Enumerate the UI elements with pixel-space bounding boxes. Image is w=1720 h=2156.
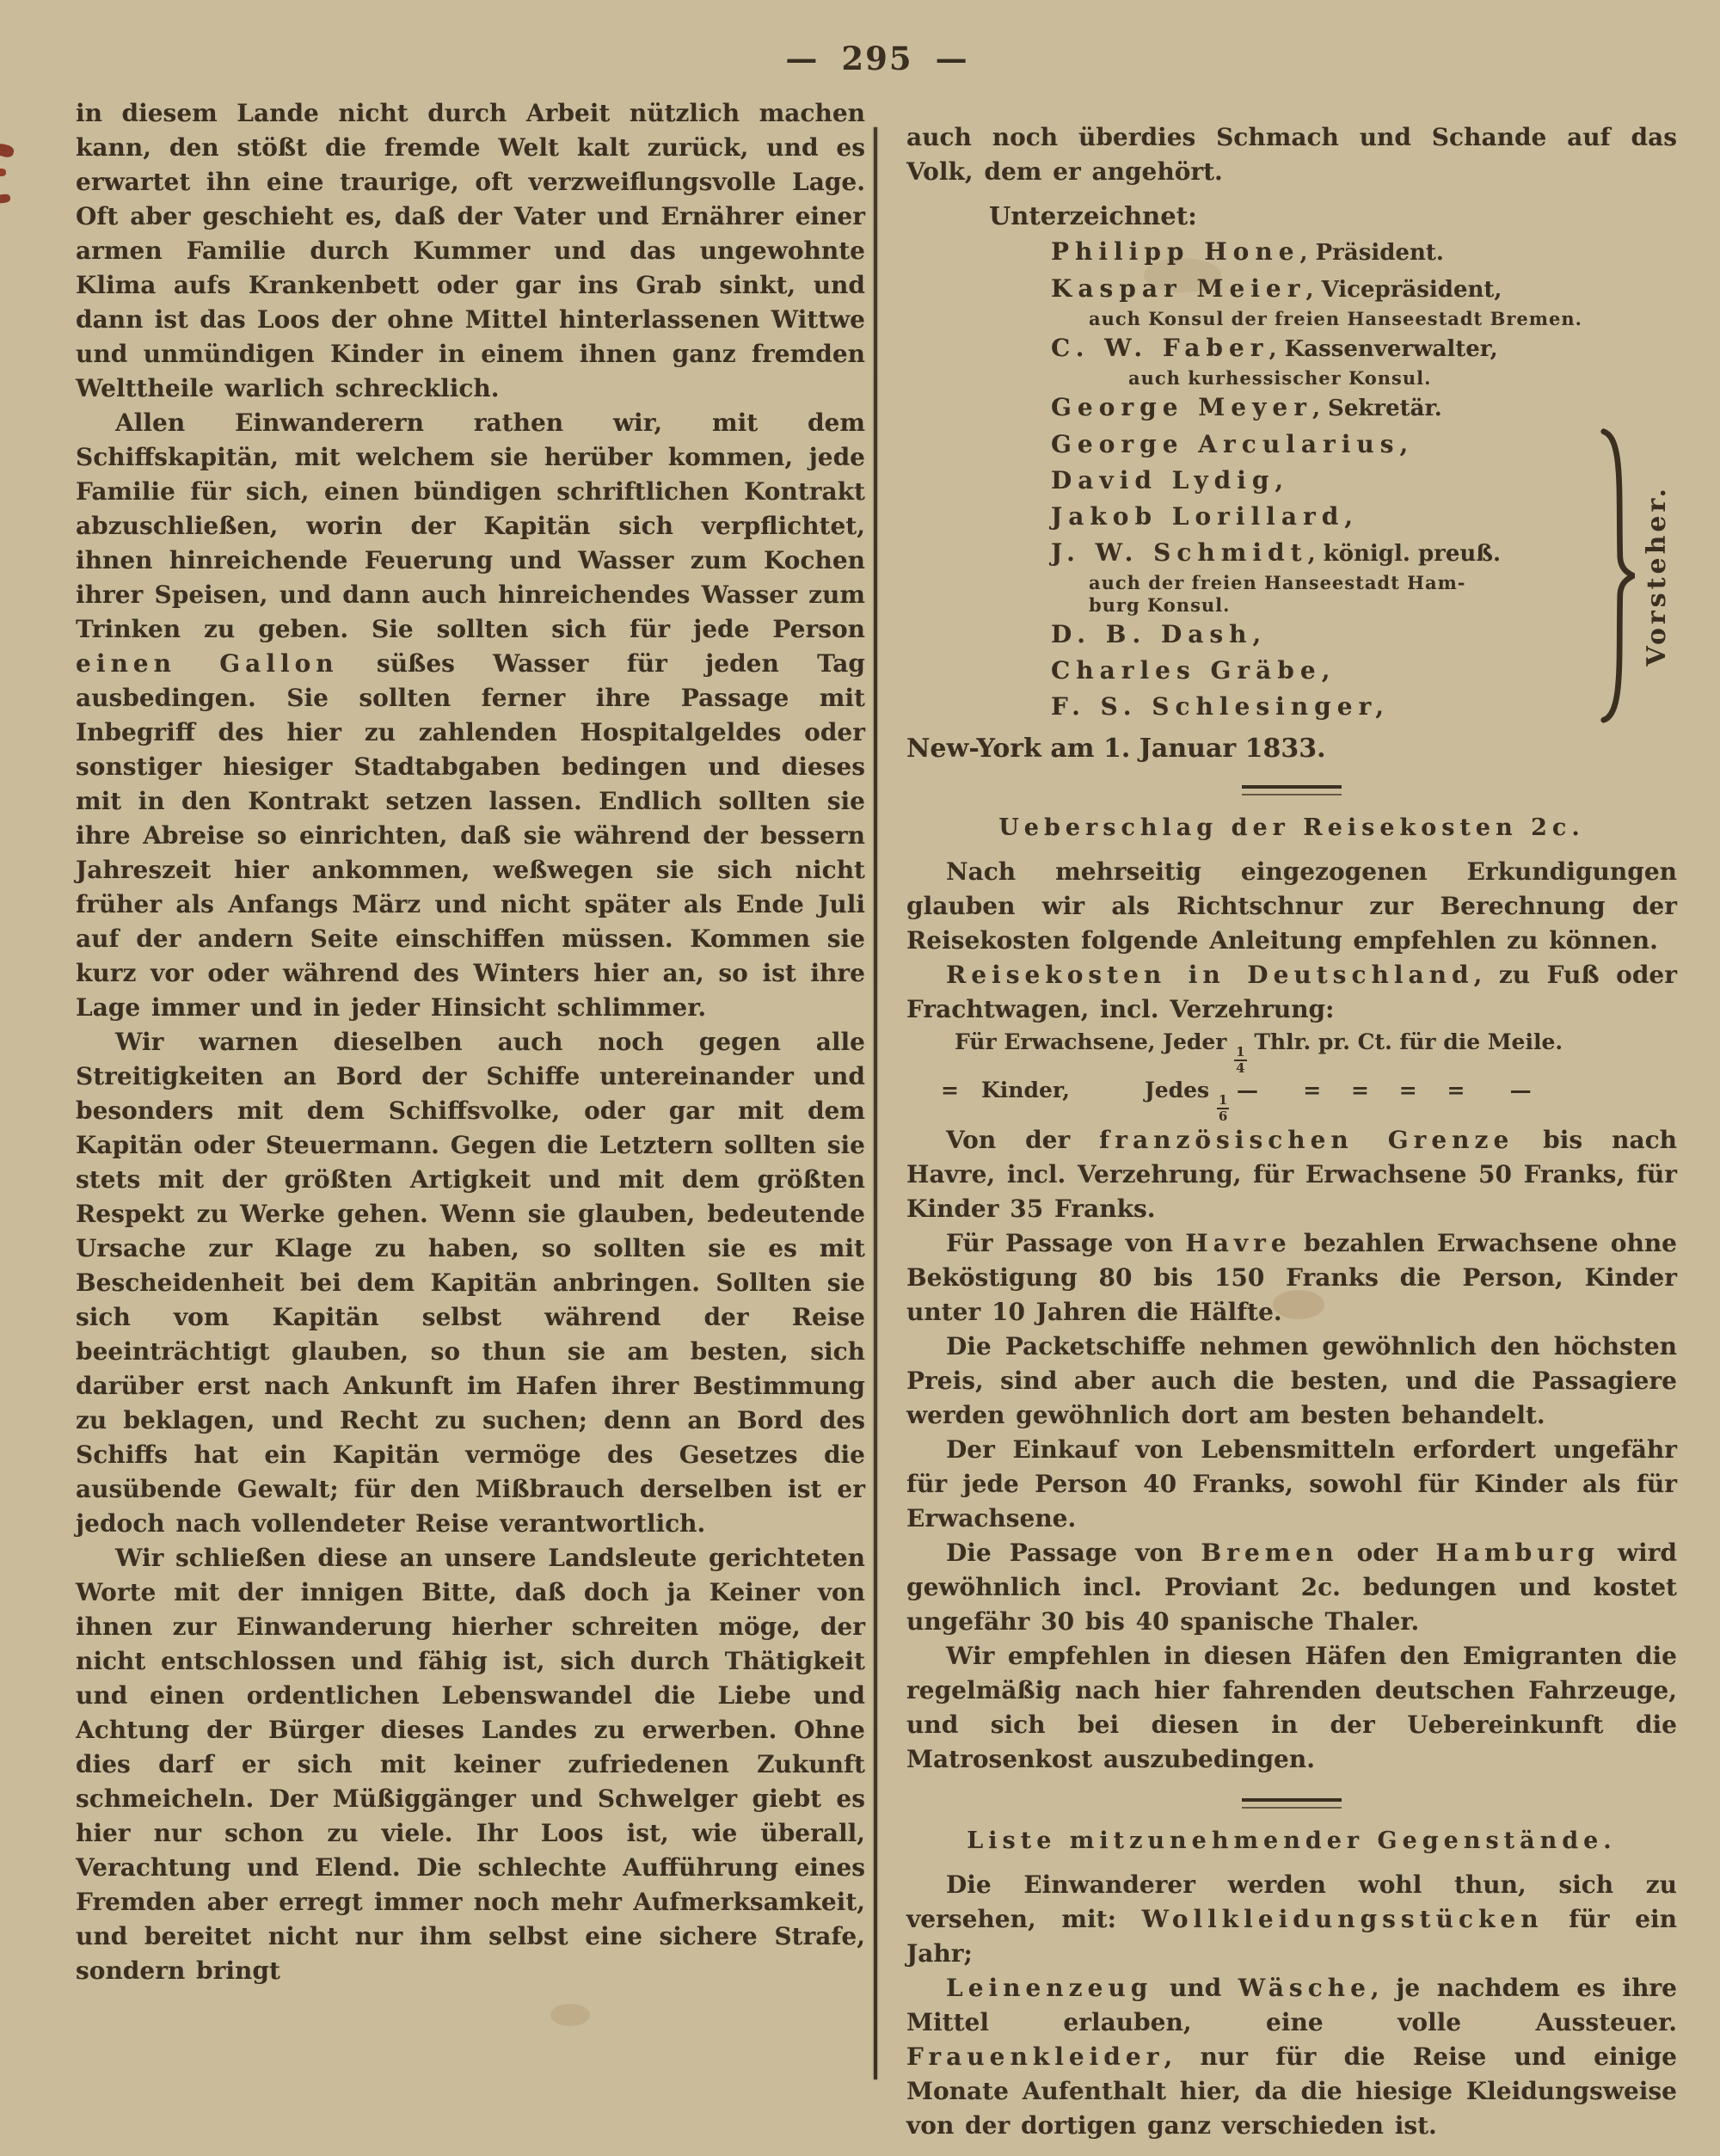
- signatory-name: David Lydig,: [1051, 466, 1289, 494]
- fraction-numerator: 1: [1234, 1046, 1246, 1061]
- paragraph: auch noch überdies Schmach und Schande a…: [906, 120, 1677, 189]
- signature-row: Charles Gräbe,: [906, 653, 1677, 689]
- signatory-name: Philipp Hone: [1051, 237, 1300, 266]
- page-number: 295: [841, 40, 912, 77]
- paragraph: Der Einkauf von Lebensmitteln erfordert …: [906, 1433, 1677, 1536]
- text-segment: Frauenkleider: [906, 2042, 1164, 2071]
- paragraph: Für Passage von Havre bezahlen Erwachsen…: [906, 1226, 1677, 1330]
- text-segment: Wir warnen dieselben auch noch gegen all…: [76, 1028, 865, 1538]
- fraction-numerator: 1: [1217, 1094, 1229, 1109]
- text-segment: Allen Einwanderern rathen wir, mit dem S…: [76, 408, 865, 643]
- paragraph: in diesem Lande nicht durch Arbeit nützl…: [76, 96, 865, 406]
- vorsteher-label: Vorsteher.: [1642, 485, 1672, 666]
- text-segment: Bremen: [1201, 1539, 1339, 1567]
- fare-text: = Kinder, Jedes: [941, 1078, 1217, 1103]
- text-segment: Hamburg: [1435, 1539, 1600, 1567]
- paragraph: Wir warnen dieselben auch noch gegen all…: [76, 1025, 865, 1541]
- paragraph: Leinenzeug und Wäsche, je nachdem es ihr…: [906, 1971, 1677, 2143]
- text-segment: Für Passage von: [946, 1229, 1185, 1257]
- paragraph: Nach mehrseitig eingezogenen Erkundigung…: [906, 855, 1677, 958]
- section-heading-liste: Liste mitzunehmender Gegenstände.: [906, 1827, 1677, 1854]
- vorsteher-label-wrap: Vorsteher.: [1642, 427, 1672, 725]
- signatory-name: D. B. Dash,: [1051, 620, 1267, 648]
- text-segment: Wollkleidungsstücken: [1142, 1905, 1544, 1933]
- signature-row: D. B. Dash,: [906, 617, 1677, 653]
- signatory-role: , Kassenverwalter,: [1269, 336, 1498, 362]
- text-segment: Die Passage von: [946, 1539, 1201, 1567]
- signatory-name: George Arcularius,: [1051, 430, 1414, 458]
- signatory-name: C. W. Faber: [1051, 334, 1269, 362]
- paragraph: Die Passage von Bremen oder Hamburg wird…: [906, 1536, 1677, 1639]
- fare-text: Für Erwachsene, Jeder: [955, 1029, 1234, 1054]
- text-segment: Havre: [1185, 1229, 1291, 1257]
- paragraph: Wir empfehlen in diesen Häfen den Emigra…: [906, 1639, 1677, 1777]
- fare-text: Thlr. pr. Ct. für die Meile.: [1247, 1029, 1563, 1054]
- signatory-note: auch Konsul der freien Hanseestadt Breme…: [906, 308, 1677, 330]
- signatory-name: Kaspar Meier: [1051, 274, 1305, 303]
- section-separator: [906, 783, 1677, 799]
- section-separator: [906, 1796, 1677, 1812]
- fare-line-children: = Kinder, Jedes 16 — = = = = —: [906, 1075, 1677, 1123]
- paragraph: Die Packetschiffe nehmen gewöhnlich den …: [906, 1330, 1677, 1433]
- text-segment: Wäsche: [1238, 1974, 1371, 2002]
- text-segment: einen Gallon: [76, 649, 339, 678]
- header-dash-left: —: [763, 40, 841, 77]
- page-header: —295—: [73, 40, 1681, 77]
- vorsteher-group: George Arcularius, David Lydig, Jakob Lo…: [906, 427, 1677, 725]
- signature-row: George Meyer, Sekretär.: [906, 390, 1677, 427]
- signature-row: Kaspar Meier, Vicepräsident,: [906, 271, 1677, 308]
- signature-row: David Lydig,: [906, 463, 1677, 499]
- edge-stain: [0, 169, 6, 176]
- paragraph: Allen Einwanderern rathen wir, mit dem S…: [76, 406, 865, 1025]
- edge-stain: [0, 143, 15, 159]
- fraction-denominator: 4: [1236, 1061, 1244, 1075]
- signatory-role: , Präsident.: [1300, 240, 1444, 266]
- text-segment: süßes Wasser für jeden Tag ausbedingen. …: [76, 649, 865, 1022]
- signatory-name: J. W. Schmidt: [1051, 538, 1308, 567]
- section-heading-reisekosten: Ueberschlag der Reisekosten 2c.: [906, 814, 1677, 841]
- fare-text: — = = = = —: [1229, 1078, 1531, 1103]
- signatory-name: Charles Gräbe,: [1051, 656, 1336, 685]
- signatory-name: George Meyer: [1051, 393, 1312, 421]
- header-dash-right: —: [913, 40, 992, 77]
- text-segment: Von der: [946, 1126, 1099, 1154]
- text-segment: Wir schließen diese an unsere Landsleute…: [76, 1544, 865, 1985]
- signatory-note: auch kurhessischer Konsul.: [906, 367, 1677, 390]
- edge-stain: [0, 193, 11, 204]
- vorsteher-brace: Vorsteher.: [1599, 427, 1672, 725]
- signature-row: J. W. Schmidt, königl. preuß.: [906, 535, 1677, 572]
- fraction-denominator: 6: [1219, 1109, 1227, 1123]
- paragraph: Die Einwanderer werden wohl thun, sich z…: [906, 1868, 1677, 1971]
- signatory-role: , königl. preuß.: [1308, 541, 1502, 567]
- text-segment: und: [1152, 1974, 1238, 2002]
- signature-block: Philipp Hone, Präsident. Kaspar Meier, V…: [906, 234, 1677, 725]
- text-segment: Leinenzeug: [946, 1974, 1152, 2002]
- signature-row: Jakob Lorillard,: [906, 499, 1677, 535]
- curly-brace-icon: [1599, 427, 1635, 725]
- signatory-role: , Vicepräsident,: [1305, 277, 1502, 303]
- paragraph: Reisekosten in Deutschland, zu Fuß oder …: [906, 958, 1677, 1027]
- signature-row: C. W. Faber, Kassenverwalter,: [906, 330, 1677, 367]
- column-divider-rule: [874, 127, 877, 2079]
- fare-line-adults: Für Erwachsene, Jeder 14 Thlr. pr. Ct. f…: [906, 1027, 1677, 1075]
- signature-row: F. S. Schlesinger,: [906, 689, 1677, 725]
- dateline: New-York am 1. Januar 1833.: [906, 734, 1677, 764]
- left-column: in diesem Lande nicht durch Arbeit nützl…: [76, 96, 865, 1988]
- right-column: auch noch überdies Schmach und Schande a…: [906, 120, 1677, 2143]
- signature-row: Philipp Hone, Präsident.: [906, 234, 1677, 271]
- paragraph: Von der französischen Grenze bis nach Ha…: [906, 1123, 1677, 1226]
- foxing-spot: [550, 2004, 590, 2026]
- fraction: 16: [1217, 1094, 1229, 1123]
- text-segment: oder: [1339, 1539, 1436, 1567]
- unterzeichnet-label: Unterzeichnet:: [906, 201, 1677, 230]
- signatory-role: , Sekretär.: [1312, 396, 1442, 421]
- fraction: 14: [1234, 1046, 1246, 1075]
- paragraph: Wir schließen diese an unsere Landsleute…: [76, 1541, 865, 1988]
- signatory-note: auch der freien Hanseestadt Ham-: [906, 572, 1677, 594]
- scanned-book-page: —295— in diesem Lande nicht durch Arbeit…: [0, 0, 1720, 2156]
- signatory-note: burg Konsul.: [906, 594, 1677, 617]
- text-segment: Reisekosten in Deutschland: [946, 961, 1474, 989]
- text-segment: in diesem Lande nicht durch Arbeit nützl…: [76, 99, 865, 402]
- signature-row: George Arcularius,: [906, 427, 1677, 463]
- text-segment: französischen Grenze: [1099, 1126, 1514, 1154]
- signatory-name: Jakob Lorillard,: [1051, 502, 1359, 531]
- signatory-name: F. S. Schlesinger,: [1051, 692, 1390, 721]
